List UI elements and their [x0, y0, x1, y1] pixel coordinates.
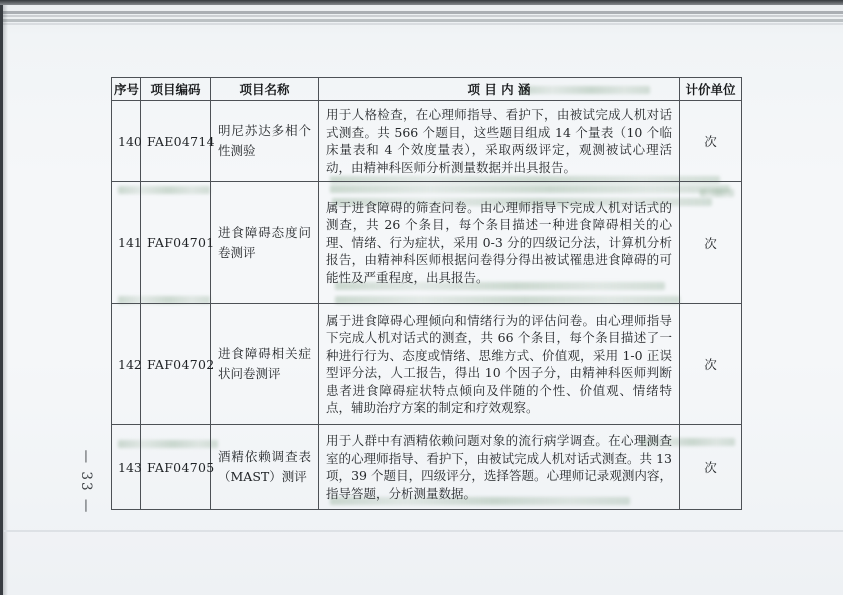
project-content: 属于进食障碍的筛查问卷。由心理师指导下完成人机对话式的测查，共 26 个条目，每… — [319, 182, 680, 304]
column-header-code: 项目编码 — [141, 78, 211, 101]
pricing-unit: 次 — [680, 304, 742, 425]
row-index: 140 — [112, 101, 141, 182]
table-row: 143 FAF04705 酒精依赖调查表（MAST）测评 用于人群中有酒精依赖问… — [112, 425, 742, 510]
project-content: 用于人群中有酒精依赖问题对象的流行病学调查。在心理测查室的心理师指导、看护下，由… — [319, 425, 680, 510]
column-header-content: 项 目 内 涵 — [319, 78, 680, 101]
scan-artifact-line — [0, 23, 843, 25]
project-name: 明尼苏达多相个性测验 — [211, 101, 319, 182]
project-code: FAF04705 — [141, 425, 211, 510]
scan-top-edge — [0, 0, 843, 5]
fee-schedule-table: 序号 项目编码 项目名称 项 目 内 涵 计价单位 140 FAE04714 明… — [111, 77, 742, 510]
row-index: 142 — [112, 304, 141, 425]
pricing-unit: 次 — [680, 101, 742, 182]
scan-left-shadow — [3, 5, 8, 595]
paper-fold-line — [4, 530, 843, 532]
project-content: 属于进食障碍心理倾向和情绪行为的评估问卷。由心理师指导下完成人机对话式的测查，共… — [319, 304, 680, 425]
scan-artifact-line — [0, 15, 843, 17]
table-row: 141 FAF04701 进食障碍态度问卷测评 属于进食障碍的筛查问卷。由心理师… — [112, 182, 742, 304]
page-number: — 33 — — [56, 452, 116, 512]
column-header-unit: 计价单位 — [680, 78, 742, 101]
project-name: 进食障碍态度问卷测评 — [211, 182, 319, 304]
project-name: 进食障碍相关症状问卷测评 — [211, 304, 319, 425]
scan-artifact-line — [0, 11, 843, 14]
project-code: FAE04714 — [141, 101, 211, 182]
column-header-name: 项目名称 — [211, 78, 319, 101]
scanned-document-page: — 33 — 序号 项目编码 项目名称 项 目 内 涵 计价单位 140 FAE… — [0, 0, 843, 595]
project-content: 用于人格检查，在心理师指导、看护下，由被试完成人机对话式测查。共 566 个题目… — [319, 101, 680, 182]
project-code: FAF04702 — [141, 304, 211, 425]
project-code: FAF04701 — [141, 182, 211, 304]
table-row: 140 FAE04714 明尼苏达多相个性测验 用于人格检查，在心理师指导、看护… — [112, 101, 742, 182]
pricing-unit: 次 — [680, 182, 742, 304]
column-header-index: 序号 — [112, 78, 141, 101]
row-index: 141 — [112, 182, 141, 304]
project-name: 酒精依赖调查表（MAST）测评 — [211, 425, 319, 510]
table-row: 142 FAF04702 进食障碍相关症状问卷测评 属于进食障碍心理倾向和情绪行… — [112, 304, 742, 425]
pricing-unit: 次 — [680, 425, 742, 510]
scan-artifact-line — [0, 19, 843, 22]
row-index: 143 — [112, 425, 141, 510]
table-header-row: 序号 项目编码 项目名称 项 目 内 涵 计价单位 — [112, 78, 742, 101]
